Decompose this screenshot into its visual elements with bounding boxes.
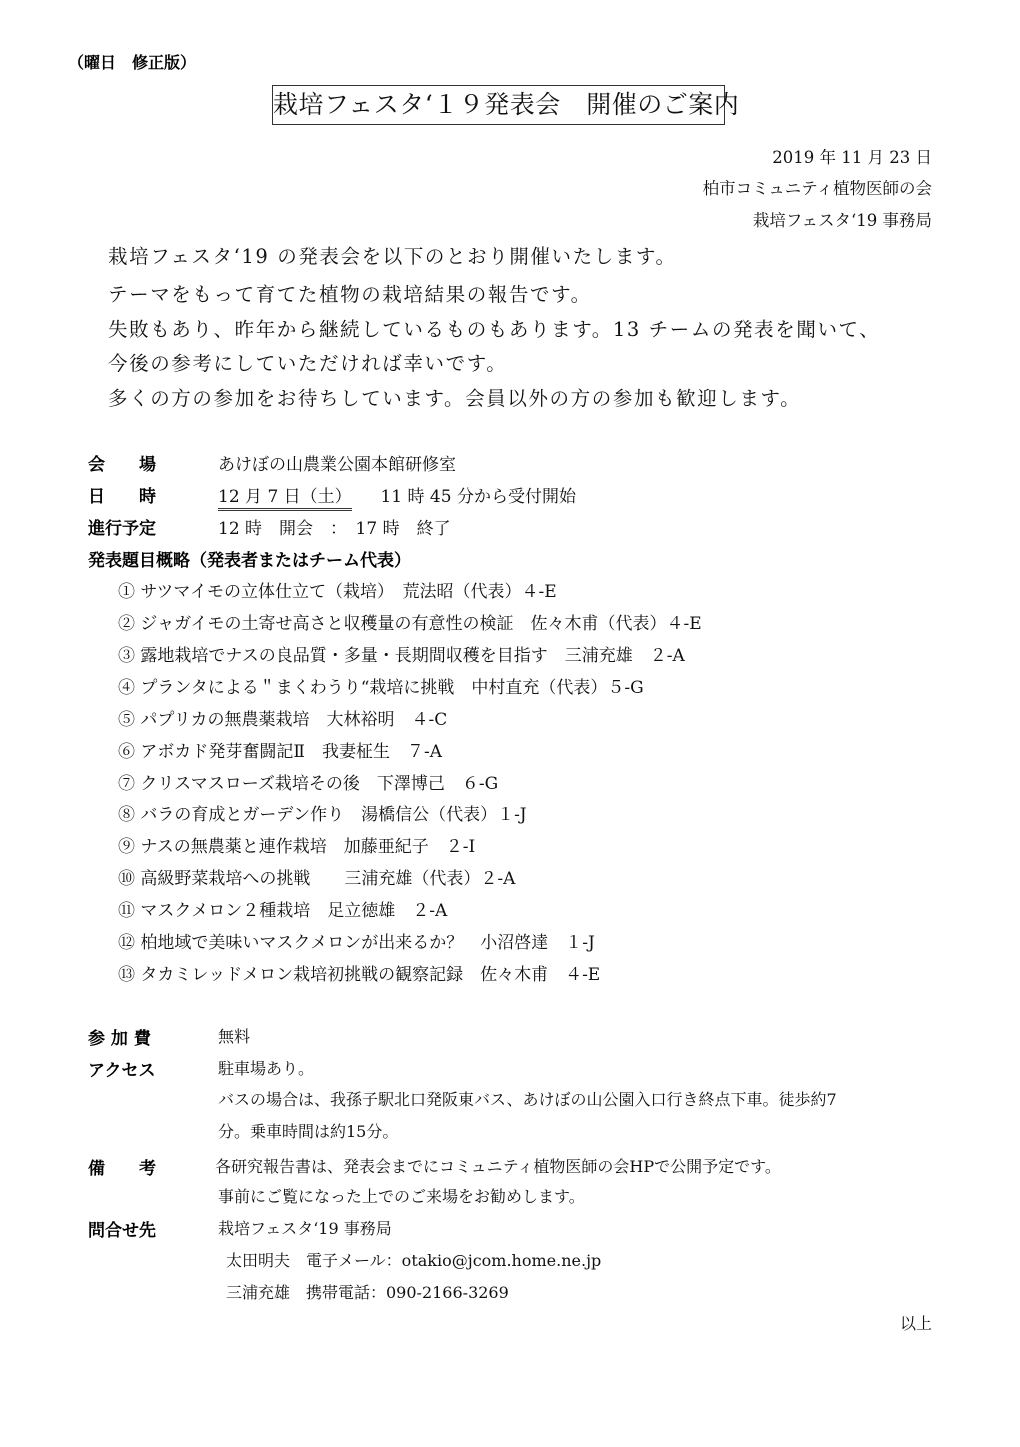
presentation-item: ③ 露地栽培でナスの良品質・多量・長期間収穫を目指す 三浦充雄 ２-A [118, 641, 685, 666]
presentation-item: ⑤ パプリカの無農薬栽培 大林裕明 ４-C [118, 705, 447, 730]
access-line: 駐車場あり。 [218, 1056, 314, 1079]
datetime-label: 日 時 [88, 482, 156, 507]
presentation-item: ⑥ アボカド発芽奮闘記Ⅱ 我妻柾生 ７-A [118, 737, 442, 762]
document-date: 2019 年 11 月 23 日 [772, 144, 932, 168]
presentation-item: ⑫ 柏地域で美味いマスクメロンが出来るか？ 小沼啓達 １-J [118, 928, 595, 953]
contact-label: 問合せ先 [88, 1216, 156, 1241]
access-label: アクセス [88, 1056, 156, 1081]
presentation-item: ⑩ 高級野菜栽培への挑戦 三浦充雄（代表）２-A [118, 864, 515, 889]
fee-label: 参 加 費 [88, 1024, 151, 1049]
intro-line: 栽培フェスタ‘19 の発表会を以下のとおり開催いたします。 [108, 241, 677, 269]
contact-email-line[interactable]: 太田明夫 電子メール：otakio@jcom.home.ne.jp [226, 1248, 601, 1271]
presentation-item: ⑪ マスクメロン２種栽培 足立徳雄 ２-A [118, 896, 447, 921]
schedule-value: 12 時 開会 ： 17 時 終了 [218, 514, 451, 539]
presentation-item: ② ジャガイモの土寄せ高さと収穫量の有意性の検証 佐々木甫（代表）４-E [118, 609, 702, 634]
presentation-item: ⑧ バラの育成とガーデン作り 湯橋信公（代表）１-J [118, 800, 527, 825]
notes-line: 事前にご覧になった上でのご来場をお勧めします。 [218, 1184, 585, 1207]
fee-value: 無料 [218, 1024, 250, 1047]
presentation-item: ④ プランタによる＂まくわうり“栽培に挑戦 中村直充（代表）５-G [118, 673, 644, 698]
intro-line: テーマをもって育てた植物の栽培結果の報告です。 [108, 279, 592, 307]
document-title: 栽培フェスタ‘１９発表会 開催のご案内 [272, 85, 725, 125]
intro-line: 多くの方の参加をお待ちしています。会員以外の方の参加も歓迎します。 [108, 383, 801, 411]
notes-line: 各研究報告書は、発表会までにコミュニティ植物医師の会HPで公開予定です。 [215, 1154, 781, 1177]
presentation-item: ⑬ タカミレッドメロン栽培初挑戦の観察記録 佐々木甫 ４-E [118, 960, 600, 985]
contact-phone-line[interactable]: 三浦充雄 携帯電話：090-2166-3269 [226, 1280, 509, 1303]
contact-office: 栽培フェスタ‘19 事務局 [218, 1216, 392, 1239]
schedule-label: 進行予定 [88, 514, 156, 539]
notes-label: 備 考 [88, 1154, 156, 1179]
office-name: 栽培フェスタ‘19 事務局 [753, 207, 932, 231]
reception-time: 11 時 45 分から受付開始 [380, 487, 575, 507]
access-line: 分。乗車時間は約15分。 [218, 1119, 398, 1142]
presentation-item: ⑨ ナスの無農薬と連作栽培 加藤亜紀子 ２-I [118, 832, 475, 857]
venue-label: 会 場 [88, 450, 156, 475]
organization-name: 柏市コミュニティ植物医師の会 [703, 175, 932, 199]
presentation-item: ① サツマイモの立体仕立て（栽培） 荒法昭（代表）４-E [118, 577, 557, 602]
presentation-item: ⑦ クリスマスローズ栽培その後 下澤博己 ６-G [118, 769, 498, 794]
venue-value: あけぼの山農業公園本館研修室 [218, 450, 456, 475]
access-line: バスの場合は、我孫子駅北口発阪東バス、あけぼの山公園入口行き終点下車。徒歩約7 [218, 1087, 837, 1110]
closing-mark: 以上 [900, 1311, 932, 1334]
datetime-value: 12 月 7 日（土） 11 時 45 分から受付開始 [218, 482, 576, 511]
revision-note: （曜日 修正版） [68, 50, 196, 73]
intro-line: 今後の参考にしていただければ幸いです。 [108, 348, 507, 376]
topics-heading: 発表題目概略（発表者またはチーム代表） [88, 546, 411, 571]
event-date: 12 月 7 日（土） [218, 482, 352, 511]
intro-line: 失敗もあり、昨年から継続しているものもあります。13 チームの発表を聞いて、 [108, 314, 880, 342]
